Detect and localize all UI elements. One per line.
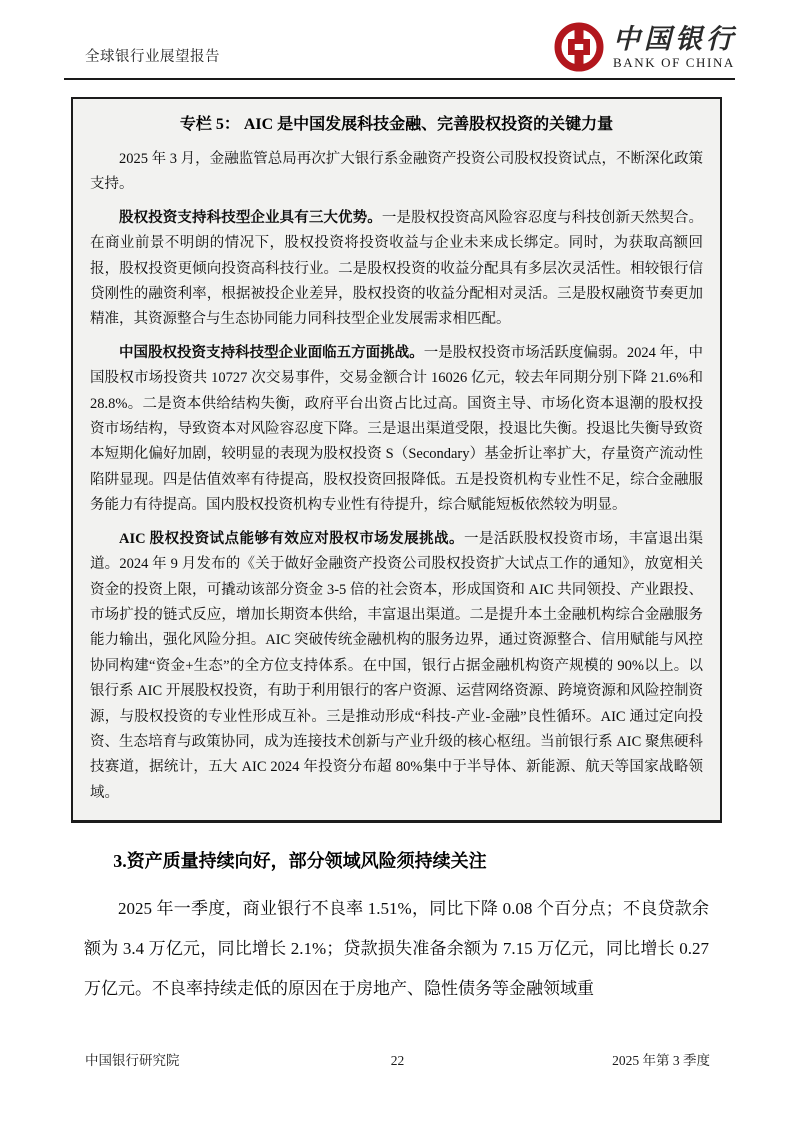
logo-english-name: BANK OF CHINA xyxy=(613,56,737,69)
header-divider xyxy=(64,78,735,80)
paragraph-lead: 中国股权投资支持科技型企业面临五方面挑战。 xyxy=(119,345,424,361)
paragraph-lead: AIC 股权投资试点能够有效应对股权市场发展挑战。 xyxy=(119,531,464,547)
box-paragraph-4: AIC 股权投资试点能够有效应对股权市场发展挑战。一是活跃股权投资市场，丰富退出… xyxy=(90,527,703,806)
bank-of-china-logo: 中国银行 BANK OF CHINA xyxy=(554,22,737,72)
box-paragraph-1: 2025 年 3 月，金融监管总局再次扩大银行系金融资产投资公司股权投资试点，不… xyxy=(90,147,703,198)
footer-edition: 2025 年第 3 季度 xyxy=(404,1049,710,1069)
box-paragraph-2: 股权投资支持科技型企业具有三大优势。一是股权投资高风险容忍度与科技创新天然契合。… xyxy=(90,206,703,333)
box-title: 专栏 5： AIC 是中国发展科技金融、完善股权投资的关键力量 xyxy=(90,111,703,139)
boc-emblem-icon xyxy=(554,22,604,72)
paragraph-lead: 股权投资支持科技型企业具有三大优势。 xyxy=(119,210,382,226)
paragraph-text: 一是活跃股权投资市场，丰富退出渠道。2024 年 9 月发布的《关于做好金融资产… xyxy=(90,531,703,801)
box-paragraph-3: 中国股权投资支持科技型企业面临五方面挑战。一是股权投资市场活跃度偏弱。2024 … xyxy=(90,341,703,519)
page-footer: 中国银行研究院 22 2025 年第 3 季度 xyxy=(85,1049,710,1069)
report-title: 全球银行业展望报告 xyxy=(85,45,220,72)
paragraph-text: 一是股权投资市场活跃度偏弱。2024 年，中国股权市场投资共 10727 次交易… xyxy=(90,345,703,513)
paragraph-text: 一是股权投资高风险容忍度与科技创新天然契合。在商业前景不明朗的情况下，股权投资将… xyxy=(90,210,703,328)
logo-chinese-name: 中国银行 xyxy=(613,26,737,53)
section-heading: 3.资产质量持续向好，部分领域风险须持续关注 xyxy=(88,847,705,875)
document-page: 全球银行业展望报告 中国银行 BANK OF CHINA 专栏 5： AIC 是… xyxy=(0,0,793,1121)
callout-box-5: 专栏 5： AIC 是中国发展科技金融、完善股权投资的关键力量 2025 年 3… xyxy=(71,97,722,823)
paragraph-text: 2025 年 3 月，金融监管总局再次扩大银行系金融资产投资公司股权投资试点，不… xyxy=(90,151,703,192)
footer-institution: 中国银行研究院 xyxy=(85,1049,391,1069)
body-paragraph: 2025 年一季度，商业银行不良率 1.51%，同比下降 0.08 个百分点；不… xyxy=(84,889,709,1009)
logo-text: 中国银行 BANK OF CHINA xyxy=(613,26,737,69)
page-header: 全球银行业展望报告 中国银行 BANK OF CHINA xyxy=(0,0,793,78)
body-paragraph-text: 2025 年一季度，商业银行不良率 1.51%，同比下降 0.08 个百分点；不… xyxy=(84,899,709,998)
footer-page-number: 22 xyxy=(391,1053,405,1069)
